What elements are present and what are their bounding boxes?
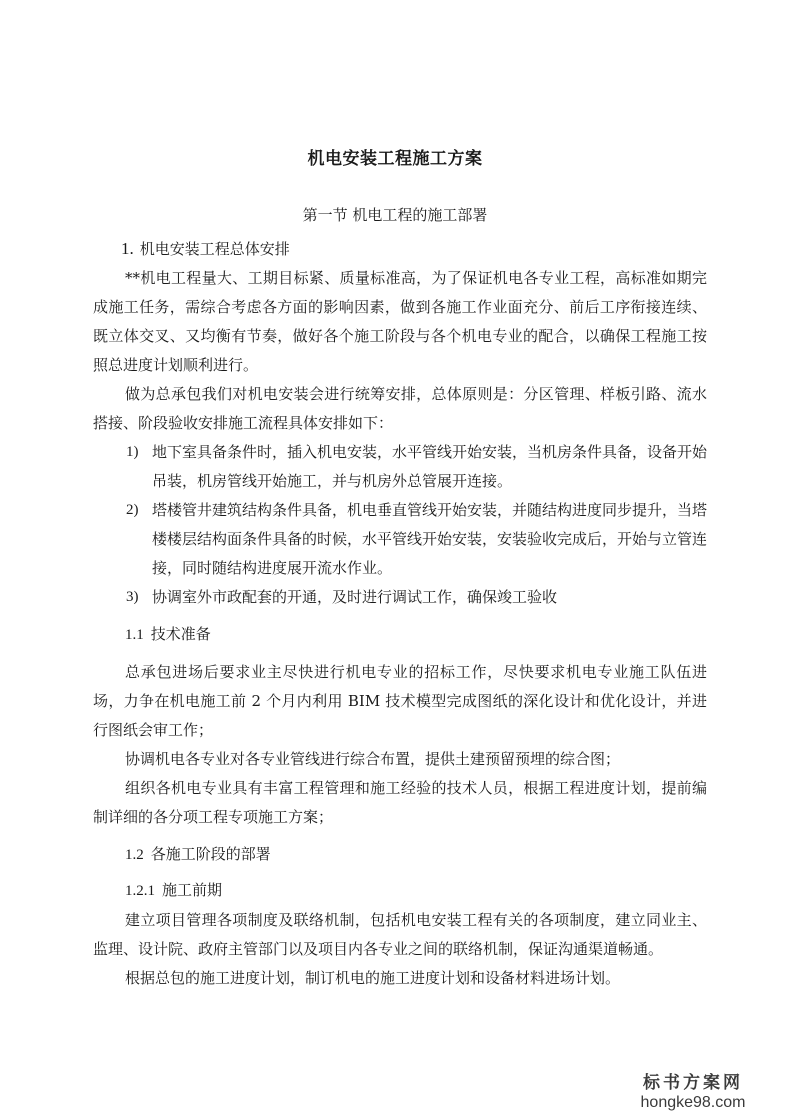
list-item: 3)协调室外市政配套的开通，及时进行调试工作，确保竣工验收 — [93, 583, 707, 612]
watermark-cn: 标书方案网 — [618, 1072, 768, 1094]
document-page: 机电安装工程施工方案 第一节 机电工程的施工部署 1.机电安装工程总体安排 **… — [0, 0, 790, 1118]
watermark-logo: 标书方案网 hongke98.com — [618, 1072, 768, 1112]
paragraph: 做为总承包我们对机电安装会进行统筹安排，总体原则是：分区管理、样板引路、流水搭接… — [93, 380, 707, 438]
paragraph: 组织各机电专业具有丰富工程管理和施工经验的技术人员，根据工程进度计划，提前编制详… — [93, 774, 707, 832]
paragraph: 协调机电各专业对各专业管线进行综合布置，提供土建预留预埋的综合图； — [93, 745, 707, 774]
heading-text: 机电安装工程总体安排 — [140, 240, 290, 258]
heading-text: 各施工阶段的部署 — [151, 845, 271, 863]
heading-number: 1.2 — [125, 847, 144, 863]
heading-number: 1.2.1 — [125, 883, 155, 899]
heading-number: 1. — [121, 239, 134, 258]
list-text: 协调室外市政配套的开通，及时进行调试工作，确保竣工验收 — [152, 588, 557, 606]
list-number: 3) — [126, 583, 139, 612]
watermark-url: hongke98.com — [618, 1094, 768, 1112]
paragraph: 根据总包的施工进度计划，制订机电的施工进度计划和设备材料进场计划。 — [93, 964, 707, 993]
document-body: 1.机电安装工程总体安排 **机电工程量大、工期目标紧、质量标准高，为了保证机电… — [93, 234, 707, 993]
list-number: 1) — [126, 438, 139, 467]
numbered-list: 1)地下室具备条件时，插入机电安装，水平管线开始安装，当机房条件具备，设备开始吊… — [93, 438, 707, 612]
paragraph: 建立项目管理各项制度及联络机制，包括机电安装工程有关的各项制度，建立同业主、监理… — [93, 906, 707, 964]
heading-1-2: 1.2各施工阶段的部署 — [93, 840, 707, 870]
list-item: 2)塔楼管井建筑结构条件具备，机电垂直管线开始安装，并随结构进度同步提升，当塔楼… — [93, 496, 707, 583]
heading-1-1: 1.1技术准备 — [93, 620, 707, 650]
document-title: 机电安装工程施工方案 — [0, 144, 790, 169]
paragraph: **机电工程量大、工期目标紧、质量标准高，为了保证机电各专业工程，高标准如期完成… — [93, 264, 707, 380]
list-number: 2) — [126, 496, 139, 525]
heading-1: 1.机电安装工程总体安排 — [93, 234, 707, 264]
heading-text: 施工前期 — [162, 881, 222, 899]
list-item: 1)地下室具备条件时，插入机电安装，水平管线开始安装，当机房条件具备，设备开始吊… — [93, 438, 707, 496]
list-text: 地下室具备条件时，插入机电安装，水平管线开始安装，当机房条件具备，设备开始吊装，… — [152, 443, 707, 490]
paragraph: 总承包进场后要求业主尽快进行机电专业的招标工作，尽快要求机电专业施工队伍进场，力… — [93, 658, 707, 745]
heading-number: 1.1 — [125, 627, 144, 643]
heading-text: 技术准备 — [151, 625, 211, 643]
section-heading: 第一节 机电工程的施工部署 — [0, 204, 790, 225]
list-text: 塔楼管井建筑结构条件具备，机电垂直管线开始安装，并随结构进度同步提升，当塔楼楼层… — [152, 501, 707, 577]
heading-1-2-1: 1.2.1施工前期 — [93, 876, 707, 906]
